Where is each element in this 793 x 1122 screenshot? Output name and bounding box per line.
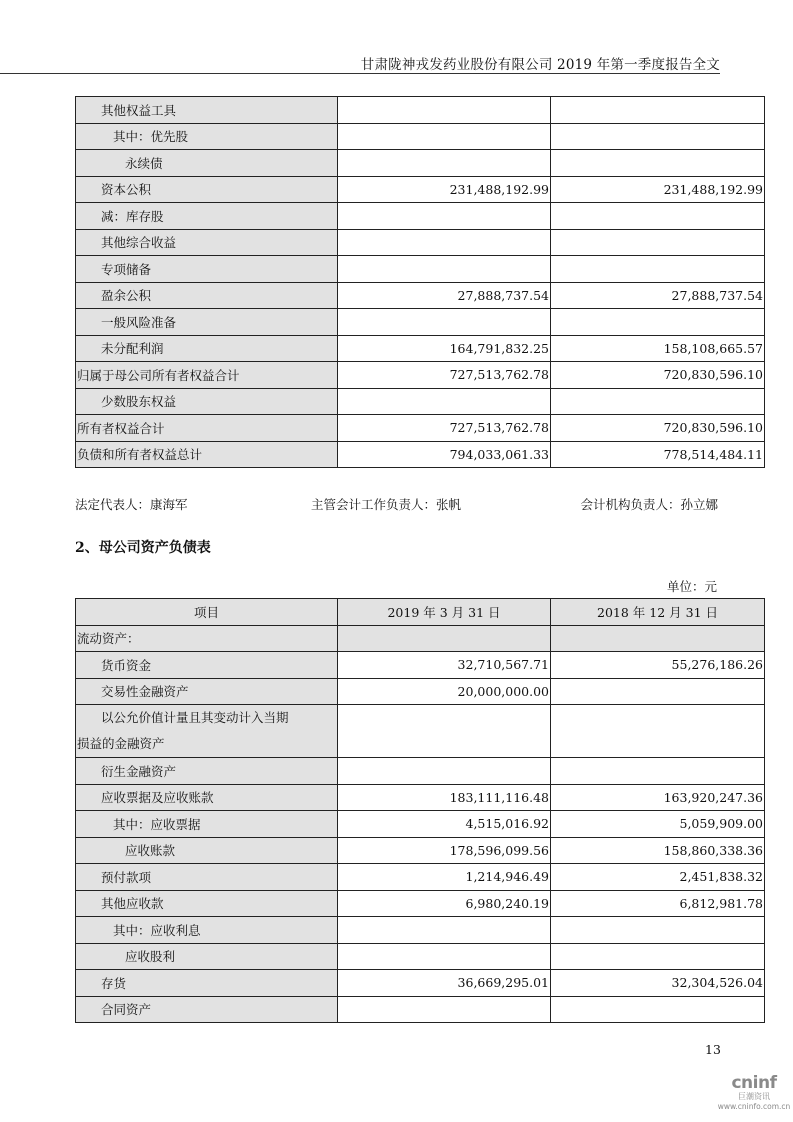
value-prior (551, 917, 765, 944)
legal-representative: 法定代表人：康海军 (75, 495, 188, 513)
value-prior: 27,888,737.54 (551, 282, 765, 309)
table-row: 其中：优先股 (76, 123, 765, 150)
watermark-cn: 巨潮资讯 (715, 1092, 793, 1102)
table-row: 预付款项1,214,946.492,451,838.32 (76, 864, 765, 891)
value-prior: 158,108,665.57 (551, 335, 765, 362)
value-current (338, 309, 551, 336)
value-prior: 720,830,596.10 (551, 415, 765, 442)
table-row: 货币资金32,710,567.7155,276,186.26 (76, 652, 765, 679)
row-label: 永续债 (76, 150, 338, 177)
value-prior (551, 943, 765, 970)
row-label: 减：库存股 (76, 203, 338, 230)
value-prior (551, 97, 765, 124)
cninfo-logo-icon: cninf (715, 1075, 793, 1092)
table-row: 存货36,669,295.0132,304,526.04 (76, 970, 765, 997)
value-current (338, 123, 551, 150)
row-label: 其中：应收利息 (76, 917, 338, 944)
table-row: 流动资产： (76, 625, 765, 652)
row-label: 应收股利 (76, 943, 338, 970)
value-prior: 720,830,596.10 (551, 362, 765, 389)
watermark-url: www.cninfo.com.cn (715, 1102, 793, 1111)
row-label: 存货 (76, 970, 338, 997)
cninfo-watermark: cninf 巨潮资讯 www.cninfo.com.cn (715, 1075, 793, 1111)
value-current: 32,710,567.71 (338, 652, 551, 679)
table-row: 永续债 (76, 150, 765, 177)
row-label: 衍生金融资产 (76, 758, 338, 785)
value-current: 183,111,116.48 (338, 784, 551, 811)
row-label: 其中：应收票据 (76, 811, 338, 838)
table-row: 衍生金融资产 (76, 758, 765, 785)
col-header-item: 项目 (76, 599, 338, 626)
value-prior: 55,276,186.26 (551, 652, 765, 679)
value-current: 794,033,061.33 (338, 441, 551, 468)
col-header-2019: 2019 年 3 月 31 日 (338, 599, 551, 626)
value-current (338, 256, 551, 283)
row-label: 其他权益工具 (76, 97, 338, 124)
value-current: 164,791,832.25 (338, 335, 551, 362)
header-divider (0, 73, 720, 74)
value-current (338, 758, 551, 785)
table-row: 减：库存股 (76, 203, 765, 230)
table-row: 盈余公积27,888,737.5427,888,737.54 (76, 282, 765, 309)
row-label: 一般风险准备 (76, 309, 338, 336)
row-label: 应收票据及应收账款 (76, 784, 338, 811)
value-prior: 231,488,192.99 (551, 176, 765, 203)
value-current (338, 203, 551, 230)
value-prior (551, 150, 765, 177)
value-prior: 158,860,338.36 (551, 837, 765, 864)
value-prior: 2,451,838.32 (551, 864, 765, 891)
unit-label: 单位：元 (667, 577, 717, 595)
table-row: 其他综合收益 (76, 229, 765, 256)
row-label: 以公允价值计量且其变动计入当期损益的金融资产 (76, 705, 338, 758)
value-current: 727,513,762.78 (338, 362, 551, 389)
table-row: 专项储备 (76, 256, 765, 283)
table-row: 合同资产 (76, 996, 765, 1023)
value-current: 20,000,000.00 (338, 678, 551, 705)
table-row: 少数股东权益 (76, 388, 765, 415)
row-label: 资本公积 (76, 176, 338, 203)
table-row: 交易性金融资产20,000,000.00 (76, 678, 765, 705)
value-prior: 32,304,526.04 (551, 970, 765, 997)
section-title: 2、母公司资产负债表 (75, 537, 211, 557)
value-prior (551, 996, 765, 1023)
row-label: 盈余公积 (76, 282, 338, 309)
row-label: 归属于母公司所有者权益合计 (76, 362, 338, 389)
table-row: 其他权益工具 (76, 97, 765, 124)
value-prior: 778,514,484.11 (551, 441, 765, 468)
table-row: 其中：应收利息 (76, 917, 765, 944)
row-label-line1: 以公允价值计量且其变动计入当期 (76, 705, 337, 731)
table-row: 其中：应收票据4,515,016.925,059,909.00 (76, 811, 765, 838)
row-label-line2: 损益的金融资产 (76, 731, 337, 757)
row-label: 其他综合收益 (76, 229, 338, 256)
table-row: 以公允价值计量且其变动计入当期损益的金融资产 (76, 705, 765, 758)
value-current (338, 943, 551, 970)
table-row: 未分配利润164,791,832.25158,108,665.57 (76, 335, 765, 362)
value-current: 6,980,240.19 (338, 890, 551, 917)
value-prior (551, 256, 765, 283)
value-prior (551, 123, 765, 150)
value-prior (551, 309, 765, 336)
row-label: 负债和所有者权益总计 (76, 441, 338, 468)
table-row: 所有者权益合计727,513,762.78720,830,596.10 (76, 415, 765, 442)
row-label: 其他应收款 (76, 890, 338, 917)
value-prior (551, 705, 765, 758)
accounting-dept-head: 会计机构负责人：孙立娜 (580, 495, 718, 513)
row-label: 预付款项 (76, 864, 338, 891)
value-current: 27,888,737.54 (338, 282, 551, 309)
table-row: 应收账款178,596,099.56158,860,338.36 (76, 837, 765, 864)
value-prior (551, 625, 765, 652)
row-label: 专项储备 (76, 256, 338, 283)
value-current: 231,488,192.99 (338, 176, 551, 203)
value-current (338, 229, 551, 256)
row-label: 所有者权益合计 (76, 415, 338, 442)
value-current (338, 996, 551, 1023)
table-row: 归属于母公司所有者权益合计727,513,762.78720,830,596.1… (76, 362, 765, 389)
value-prior: 6,812,981.78 (551, 890, 765, 917)
page-number: 13 (705, 1042, 721, 1057)
table-row: 资本公积231,488,192.99231,488,192.99 (76, 176, 765, 203)
value-current (338, 388, 551, 415)
row-label: 其中：优先股 (76, 123, 338, 150)
value-current (338, 625, 551, 652)
value-current (338, 97, 551, 124)
row-label: 流动资产： (76, 625, 338, 652)
consolidated-equity-table: 其他权益工具其中：优先股永续债资本公积231,488,192.99231,488… (75, 96, 765, 468)
value-prior (551, 229, 765, 256)
accounting-head: 主管会计工作负责人：张帆 (311, 495, 461, 513)
table-row: 负债和所有者权益总计794,033,061.33778,514,484.11 (76, 441, 765, 468)
value-current: 178,596,099.56 (338, 837, 551, 864)
value-current (338, 150, 551, 177)
value-prior (551, 203, 765, 230)
value-current: 36,669,295.01 (338, 970, 551, 997)
report-title: 甘肃陇神戎发药业股份有限公司 2019 年第一季度报告全文 (361, 53, 720, 73)
row-label: 合同资产 (76, 996, 338, 1023)
row-label: 未分配利润 (76, 335, 338, 362)
table-row: 其他应收款6,980,240.196,812,981.78 (76, 890, 765, 917)
table-row: 应收股利 (76, 943, 765, 970)
value-prior: 163,920,247.36 (551, 784, 765, 811)
value-current (338, 917, 551, 944)
row-label: 货币资金 (76, 652, 338, 679)
table-header-row: 项目 2019 年 3 月 31 日 2018 年 12 月 31 日 (76, 599, 765, 626)
table-row: 应收票据及应收账款183,111,116.48163,920,247.36 (76, 784, 765, 811)
value-prior (551, 758, 765, 785)
row-label: 少数股东权益 (76, 388, 338, 415)
parent-balance-sheet-table: 项目 2019 年 3 月 31 日 2018 年 12 月 31 日 流动资产… (75, 598, 765, 1023)
value-prior (551, 678, 765, 705)
value-current: 4,515,016.92 (338, 811, 551, 838)
value-current: 1,214,946.49 (338, 864, 551, 891)
value-current (338, 705, 551, 758)
row-label: 应收账款 (76, 837, 338, 864)
value-prior (551, 388, 765, 415)
value-current: 727,513,762.78 (338, 415, 551, 442)
col-header-2018: 2018 年 12 月 31 日 (551, 599, 765, 626)
row-label: 交易性金融资产 (76, 678, 338, 705)
value-prior: 5,059,909.00 (551, 811, 765, 838)
table-row: 一般风险准备 (76, 309, 765, 336)
